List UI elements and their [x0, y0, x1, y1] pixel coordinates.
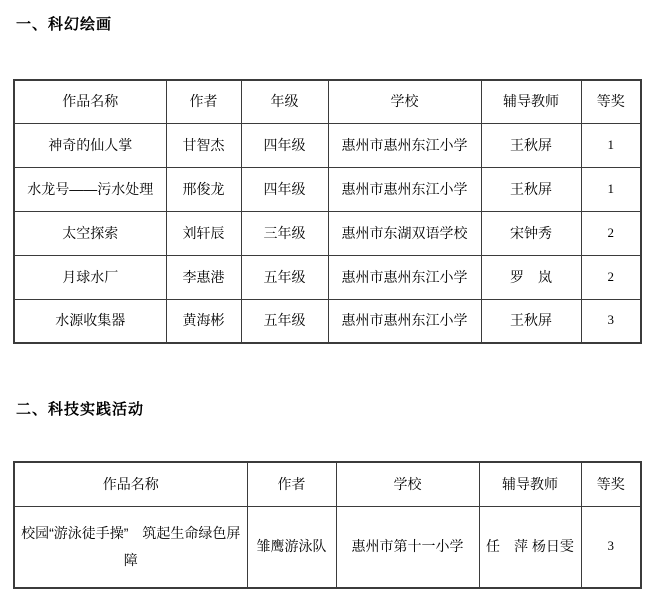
cell-school: 惠州市惠州东江小学 — [328, 123, 481, 167]
cell-work-name: 校园“游泳徒手操” 筑起生命绿色屏障 — [14, 506, 247, 588]
cell-school: 惠州市东湖双语学校 — [328, 211, 481, 255]
cell-grade: 五年级 — [241, 299, 328, 343]
tech-practice-award-table: 作品名称 作者 学校 辅导教师 等奖 校园“游泳徒手操” 筑起生命绿色屏障 雏鹰… — [13, 461, 642, 589]
section-title-tech-practice: 二、科技实践活动 — [16, 398, 144, 419]
table-row: 校园“游泳徒手操” 筑起生命绿色屏障 雏鹰游泳队 惠州市第十一小学 任 萍 杨日… — [14, 506, 641, 588]
header-cell-tutor: 辅导教师 — [479, 462, 581, 506]
cell-tutor: 王秋屏 — [481, 123, 581, 167]
header-cell-prize: 等奖 — [581, 462, 641, 506]
cell-grade: 五年级 — [241, 255, 328, 299]
cell-author: 刘轩辰 — [166, 211, 241, 255]
cell-work-name: 月球水厂 — [14, 255, 166, 299]
header-cell-school: 学校 — [336, 462, 479, 506]
cell-author: 邢俊龙 — [166, 167, 241, 211]
cell-tutor: 王秋屏 — [481, 167, 581, 211]
cell-school: 惠州市第十一小学 — [336, 506, 479, 588]
table-header-row: 作品名称 作者 学校 辅导教师 等奖 — [14, 462, 641, 506]
cell-prize: 3 — [581, 506, 641, 588]
scifi-painting-award-table: 作品名称 作者 年级 学校 辅导教师 等奖 神奇的仙人掌 甘智杰 四年级 惠州市… — [13, 79, 642, 344]
cell-work-name: 水龙号——污水处理 — [14, 167, 166, 211]
cell-prize: 2 — [581, 211, 641, 255]
cell-tutor: 宋钟秀 — [481, 211, 581, 255]
header-cell-work-name: 作品名称 — [14, 80, 166, 123]
table-row: 水龙号——污水处理 邢俊龙 四年级 惠州市惠州东江小学 王秋屏 1 — [14, 167, 641, 211]
cell-prize: 2 — [581, 255, 641, 299]
cell-author: 雏鹰游泳队 — [247, 506, 336, 588]
cell-tutor: 罗 岚 — [481, 255, 581, 299]
cell-tutor: 王秋屏 — [481, 299, 581, 343]
header-cell-grade: 年级 — [241, 80, 328, 123]
table-row: 水源收集器 黄海彬 五年级 惠州市惠州东江小学 王秋屏 3 — [14, 299, 641, 343]
cell-author: 李惠港 — [166, 255, 241, 299]
table-row: 太空探索 刘轩辰 三年级 惠州市东湖双语学校 宋钟秀 2 — [14, 211, 641, 255]
header-cell-tutor: 辅导教师 — [481, 80, 581, 123]
header-cell-school: 学校 — [328, 80, 481, 123]
table-row: 神奇的仙人掌 甘智杰 四年级 惠州市惠州东江小学 王秋屏 1 — [14, 123, 641, 167]
cell-grade: 四年级 — [241, 123, 328, 167]
cell-school: 惠州市惠州东江小学 — [328, 299, 481, 343]
header-cell-work-name: 作品名称 — [14, 462, 247, 506]
table-header-row: 作品名称 作者 年级 学校 辅导教师 等奖 — [14, 80, 641, 123]
cell-author: 甘智杰 — [166, 123, 241, 167]
section-title-scifi-painting: 一、科幻绘画 — [16, 13, 112, 34]
cell-prize: 3 — [581, 299, 641, 343]
cell-tutor: 任 萍 杨日雯 — [479, 506, 581, 588]
cell-work-name: 水源收集器 — [14, 299, 166, 343]
cell-prize: 1 — [581, 123, 641, 167]
cell-work-name: 太空探索 — [14, 211, 166, 255]
cell-grade: 四年级 — [241, 167, 328, 211]
cell-work-name: 神奇的仙人掌 — [14, 123, 166, 167]
header-cell-prize: 等奖 — [581, 80, 641, 123]
header-cell-author: 作者 — [166, 80, 241, 123]
header-cell-author: 作者 — [247, 462, 336, 506]
cell-grade: 三年级 — [241, 211, 328, 255]
table-row: 月球水厂 李惠港 五年级 惠州市惠州东江小学 罗 岚 2 — [14, 255, 641, 299]
cell-author: 黄海彬 — [166, 299, 241, 343]
cell-prize: 1 — [581, 167, 641, 211]
cell-school: 惠州市惠州东江小学 — [328, 255, 481, 299]
cell-school: 惠州市惠州东江小学 — [328, 167, 481, 211]
